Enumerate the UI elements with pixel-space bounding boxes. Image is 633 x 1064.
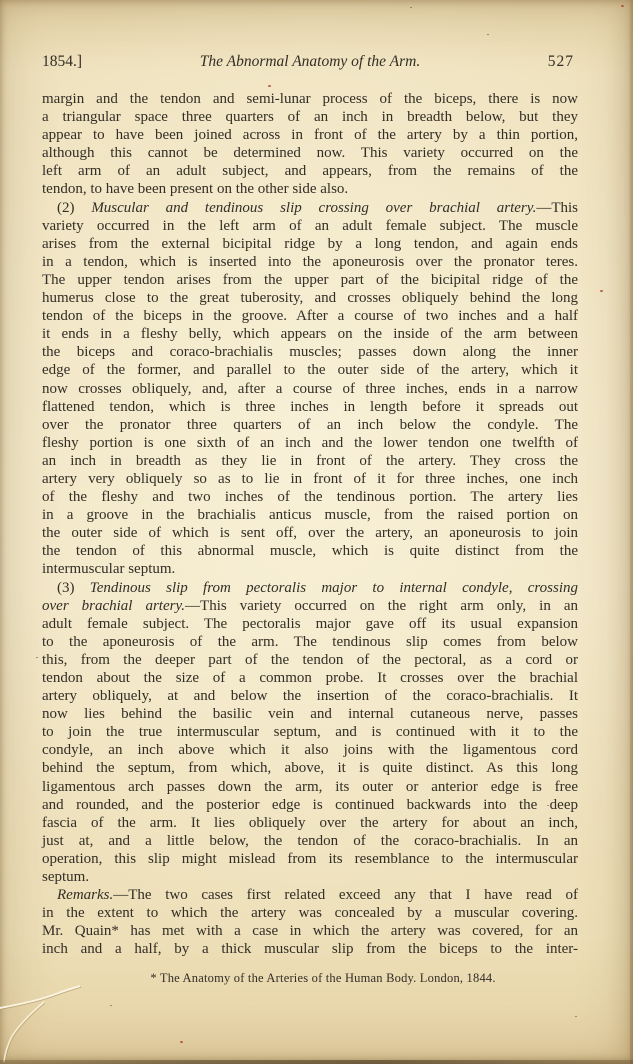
- text-line: a triangular space three quarters of an …: [42, 108, 578, 126]
- text-line: margin and the tendon and semi-lunar pro…: [42, 90, 578, 108]
- text-line: (3) Tendinous slip from pectoralis major…: [42, 579, 578, 597]
- footnote: * The Anatomy of the Arteries of the Hum…: [42, 971, 578, 986]
- text-line: tendon of the biceps in the groove. Afte…: [42, 307, 578, 325]
- page-header: 1854.] The Abnormal Anatomy of the Arm. …: [42, 53, 578, 73]
- paper-speck: [487, 34, 489, 35]
- text-line: although this cannot be determined now. …: [42, 144, 578, 162]
- text-line: tendon, to have been present on the othe…: [42, 180, 578, 198]
- text-line: to join the true intermuscular septum, a…: [42, 723, 578, 741]
- text-line: behind the septum, from which, above, it…: [42, 759, 578, 777]
- text-line: tendon about the size of a common probe.…: [42, 669, 578, 687]
- text-line: ligamentous arch passes down the arm, it…: [42, 778, 578, 796]
- paper-speck: [600, 290, 603, 292]
- paper-speck: [268, 85, 271, 87]
- paper-speck: [180, 1041, 183, 1043]
- text-line: the outer side of which is sent off, ove…: [42, 524, 578, 542]
- paper-speck: [547, 805, 549, 806]
- text-line: to the aponeurosis of the arm. The tendi…: [42, 633, 578, 651]
- text-line: inch and a half, by a thick muscular sli…: [42, 940, 578, 958]
- text-line: appear to have been joined across in fro…: [42, 126, 578, 144]
- header-page-number: 527: [548, 53, 574, 71]
- text-line: this, from the deeper part of the tendon…: [42, 651, 578, 669]
- text-line: Mr. Quain* has met with a case in which …: [42, 922, 578, 940]
- text-line: The upper tendon arises from the upper p…: [42, 271, 578, 289]
- text-line: over brachial artery.—This variety occur…: [42, 597, 578, 615]
- text-line: intermuscular septum.: [42, 560, 578, 578]
- paragraph: Remarks.—The two cases first related exc…: [42, 886, 578, 958]
- body-text-block: margin and the tendon and semi-lunar pro…: [42, 90, 578, 959]
- text-line: an inch in breadth as they lie in front …: [42, 452, 578, 470]
- text-line: artery obliquely, at and below the inser…: [42, 687, 578, 705]
- text-line: and rounded, and the posterior edge is c…: [42, 796, 578, 814]
- text-line: of the fleshy and two inches of the tend…: [42, 488, 578, 506]
- text-line: fleshy portion is one sixth of an inch a…: [42, 434, 578, 452]
- text-line: in a groove in the brachialis anticus mu…: [42, 506, 578, 524]
- paragraph: (2) Muscular and tendinous slip crossing…: [42, 199, 578, 579]
- text-line: it ends in a fleshy belly, which appears…: [42, 325, 578, 343]
- text-line: arises from the external bicipital ridge…: [42, 235, 578, 253]
- page-edge-shade-bottom: [0, 1060, 633, 1064]
- text-line: humerus close to the great tuberosity, a…: [42, 289, 578, 307]
- text-line: left arm of an adult subject, and appear…: [42, 162, 578, 180]
- text-line: just at, and a little below, the tendon …: [42, 832, 578, 850]
- text-line: over the pronator three quarters of an i…: [42, 416, 578, 434]
- text-line: edge of the former, and parallel to the …: [42, 361, 578, 379]
- text-line: now lies behind the basilic vein and int…: [42, 705, 578, 723]
- paragraph: (3) Tendinous slip from pectoralis major…: [42, 579, 578, 887]
- text-line: (2) Muscular and tendinous slip crossing…: [42, 199, 578, 217]
- text-line: now crosses obliquely, and, after a cour…: [42, 380, 578, 398]
- paper-speck: [36, 657, 38, 658]
- paragraph: margin and the tendon and semi-lunar pro…: [42, 90, 578, 199]
- text-line: septum.: [42, 868, 578, 886]
- text-line: operation, this slip might mislead from …: [42, 850, 578, 868]
- text-line: fascia of the arm. It lies obliquely ove…: [42, 814, 578, 832]
- text-line: Remarks.—The two cases first related exc…: [42, 886, 578, 904]
- text-line: flattened tendon, which is three inches …: [42, 398, 578, 416]
- text-line: adult female subject. The pectoralis maj…: [42, 615, 578, 633]
- paper-speck: [621, 5, 624, 7]
- paper-speck: [410, 7, 412, 8]
- paper-speck: [575, 1016, 577, 1017]
- text-line: the biceps and coraco-brachialis muscles…: [42, 343, 578, 361]
- scanned-book-page: 1854.] The Abnormal Anatomy of the Arm. …: [0, 0, 633, 1064]
- text-line: variety occurred in the left arm of an a…: [42, 217, 578, 235]
- paper-speck: [110, 1005, 112, 1006]
- text-line: the tendon of this abnormal muscle, whic…: [42, 542, 578, 560]
- text-line: in the extent to which the artery was co…: [42, 904, 578, 922]
- text-line: condyle, an inch above which it also joi…: [42, 741, 578, 759]
- text-line: artery very obliquely so as to lie in fr…: [42, 470, 578, 488]
- text-line: in a tendon, which is inserted into the …: [42, 253, 578, 271]
- header-running-title: The Abnormal Anatomy of the Arm.: [42, 53, 578, 71]
